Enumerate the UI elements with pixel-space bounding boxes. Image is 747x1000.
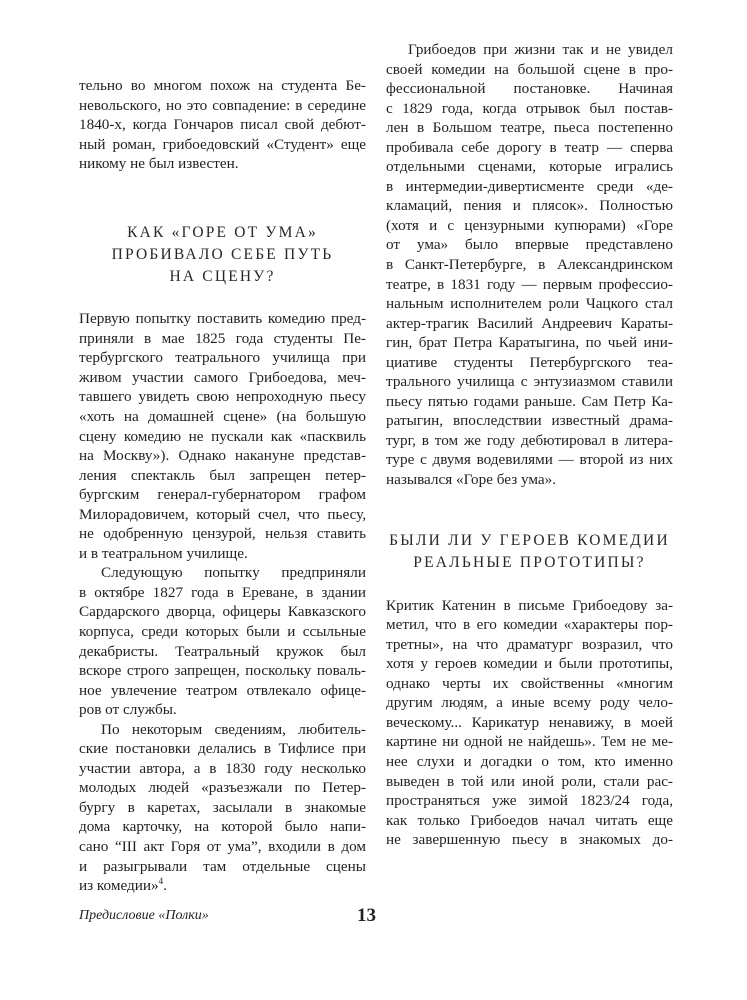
text-line: в октябре 1827 года в Ереване, в здании [79,583,366,603]
text-line: от ума» было впервые представлено [386,235,673,255]
text-line: пространяться уже зимой 1823/24 года, [386,791,673,811]
text-line: назывался «Горе без ума». [386,470,673,490]
text-line: Сардарского дворца, офицеры Кавказского [79,602,366,622]
text-line: сано “III акт Горя от ума”, входили в до… [79,837,366,857]
text-line: ров от службы. [79,700,366,720]
text-line: не одобренную цензурой, нельзя ставить [79,524,366,544]
text-line: другим людям, а иные всему роду чело- [386,693,673,713]
text-line: пьесу пятью годами раньше. Сам Петр Ка- [386,392,673,412]
text-line: «хоть на домашней сцене» (на большую [79,407,366,427]
paragraph-first-professional-staging: Грибоедов при жизни так и не увидел свое… [386,40,673,490]
text-line: лен в Большом театре, пьеса постепенно [386,118,673,138]
text-line: Милорадовичем, который счел, что пьесу, [79,505,366,525]
text-line: тельно во многом похож на студента Бе- [79,76,366,96]
text-line: и в театральном училище. [79,544,366,564]
text-line: ления спектакль был запрещен петер- [79,466,366,486]
text-line: Первую попытку поставить комедию пред- [79,309,366,329]
intro-paragraph: тельно во многом похож на студента Бе- н… [79,76,366,174]
right-column: Грибоедов при жизни так и не увидел свое… [386,40,673,850]
text-line: своей комедии на большой сцене в про- [386,60,673,80]
text-line: хотя у героев комедии и были прототипы, [386,654,673,674]
paragraph-second-attempt: Следующую попытку предприняли в октябре … [79,563,366,719]
page-number: 13 [357,905,376,927]
text-line: третны», на что драматург возразил, что [386,635,673,655]
text-line: ские постановки делались в Тифлисе при [79,739,366,759]
text-line: кламаций, пения и плясок». Полностью [386,196,673,216]
text-line: корпуса, среди которых были и ссыльные [79,622,366,642]
text-line: и разыгрывали там отдельные сцены [79,857,366,877]
text-line: Критик Катенин в письме Грибоедову за- [386,596,673,616]
paragraph-katenin: Критик Катенин в письме Грибоедову за- м… [386,596,673,850]
heading-line: БЫЛИ ЛИ У ГЕРОЕВ КОМЕДИИ [386,530,673,552]
section-heading-stage: КАК «ГОРЕ ОТ УМА» ПРОБИВАЛО СЕБЕ ПУТЬ НА… [79,222,366,288]
section-heading-prototypes: БЫЛИ ЛИ У ГЕРОЕВ КОМЕДИИ РЕАЛЬНЫЕ ПРОТОТ… [386,530,673,574]
text-line: 1840-х, когда Гончаров писал свой дебют- [79,115,366,135]
text-line: актер-трагик Василий Андреевич Караты- [386,314,673,334]
text-line: с 1829 года, когда отрывок был постав- [386,99,673,119]
footnote-reference[interactable]: 4 [159,876,164,886]
text-line: выведен в той или иной роли, стали рас- [386,772,673,792]
text-line: циативе студенты Петербургского теа- [386,353,673,373]
running-title: Предисловие «Полки» [79,908,209,924]
paragraph-tiflis: По некоторым сведениям, любитель- ские п… [79,720,366,896]
text-fragment: из комедии» [79,877,159,894]
text-line: в Санкт-Петербурге, в Александринском [386,255,673,275]
text-line: как только Грибоедов начал читать еще [386,811,673,831]
text-line: дома карточку, на которой было напи- [79,817,366,837]
text-line: ратыгин, впоследствии известный драма- [386,411,673,431]
text-line: не завершенную пьесу в знакомых до- [386,830,673,850]
text-line: нее слухи и догадки о том, кто именно [386,752,673,772]
text-line: из комедии»4. [79,876,366,896]
text-line: отдельными сценами, которые игрались [386,157,673,177]
text-line: вскоре строго запрещен, поскольку поваль… [79,661,366,681]
heading-line: РЕАЛЬНЫЕ ПРОТОТИПЫ? [386,552,673,574]
text-line: тург, в том же году дебютировал в литера… [386,431,673,451]
text-line: декабристы. Театральный кружок был [79,642,366,662]
text-line: на Москву»). Однако накануне представ- [79,446,366,466]
text-line: сцену комедию не пускали как «пасквиль [79,427,366,447]
text-line: однако черты их свойственны «многим [386,674,673,694]
text-line: участии автора, а в 1830 году несколько [79,759,366,779]
text-line: Следующую попытку предприняли [79,563,366,583]
paragraph-first-attempt: Первую попытку поставить комедию пред- п… [79,309,366,563]
text-line: веческому... Карикатур ненавижу, в моей [386,713,673,733]
text-line: нальным исполнителем роли Чацкого стал [386,294,673,314]
heading-line: НА СЦЕНУ? [79,266,366,288]
heading-line: ПРОБИВАЛО СЕБЕ ПУТЬ [79,244,366,266]
text-line: По некоторым сведениям, любитель- [79,720,366,740]
text-line: живом участии самого Грибоедова, меч- [79,368,366,388]
text-line: бургу в каретах, засылали в знакомые [79,798,366,818]
text-line: в интермедии-дивертисменте среди «де- [386,177,673,197]
text-line: метил, что в его комедии «характеры пор- [386,615,673,635]
text-line: невольского, но это совпадение: в середи… [79,96,366,116]
text-line: ный роман, грибоедовский «Студент» еще [79,135,366,155]
text-line: пробивала себе дорогу в театр — сперва [386,138,673,158]
text-line: приняли в мае 1825 года студенты Пе- [79,329,366,349]
heading-line: КАК «ГОРЕ ОТ УМА» [79,222,366,244]
text-line: гин, брат Петра Каратыгина, по чьей ини- [386,333,673,353]
text-line: тавшего увидеть свою непроходную пьесу [79,387,366,407]
text-line: картине ни одной не найдешь». Тем не ме- [386,732,673,752]
page-footer: Предисловие «Полки» 13 [79,908,671,928]
text-line: Грибоедов при жизни так и не увидел [386,40,673,60]
text-line: никому не был известен. [79,154,366,174]
text-line: ное увлечение театром отвлекало офице- [79,681,366,701]
text-line: бургским генерал-губернатором графом [79,485,366,505]
text-line: молодых людей «разъезжали по Петер- [79,778,366,798]
text-line: фессиональной постановке. Начиная [386,79,673,99]
text-line: тербургского театрального училища при [79,348,366,368]
text-line: трального училища с энтузиазмом ставили [386,372,673,392]
text-line: (хотя и с цензурными купюрами) «Горе [386,216,673,236]
left-column: тельно во многом похож на студента Бе- н… [79,76,366,896]
text-line: театре, в 1831 году — первым профессио- [386,275,673,295]
text-line: туре с двумя водевилями — второй из них [386,450,673,470]
